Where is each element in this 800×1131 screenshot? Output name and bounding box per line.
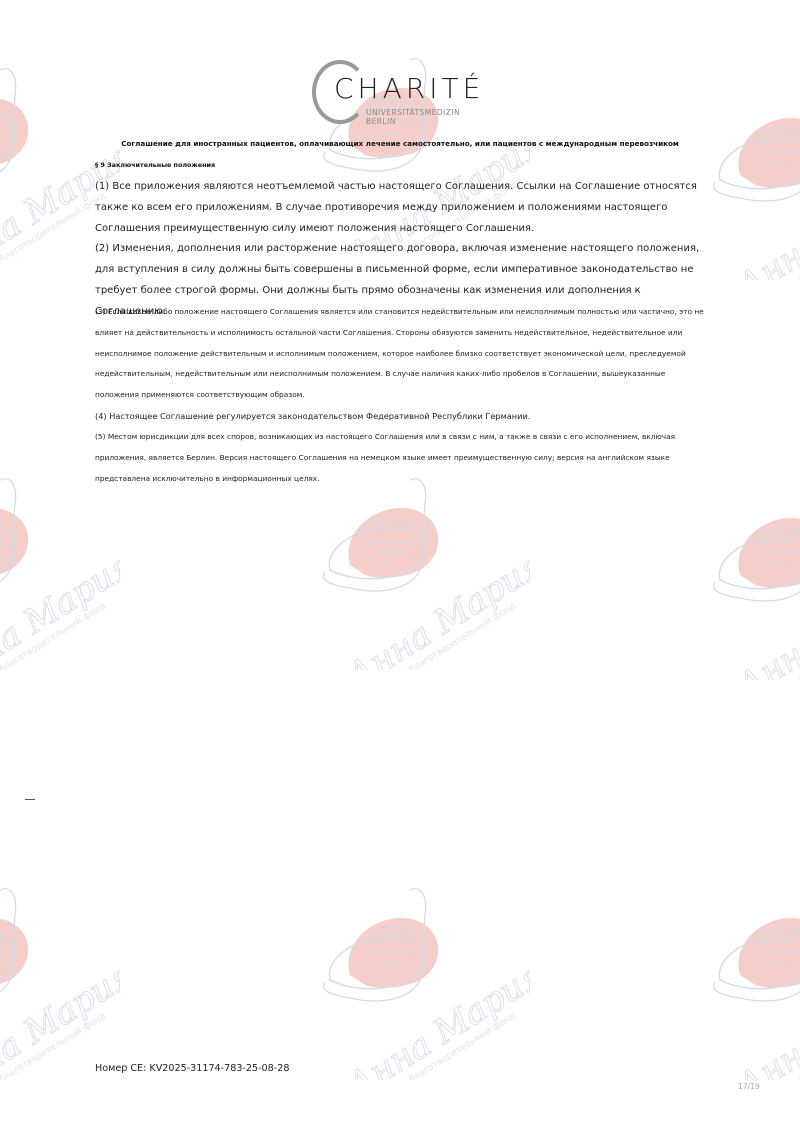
svg-text:Анна Мария: Анна Мария — [339, 954, 530, 1080]
ce-number: Номер CE: KV2025-31174-783-25-08-28 — [95, 1063, 289, 1074]
logo-subtitle: UNIVERSITÄTSMEDIZIN BERLIN — [366, 108, 492, 126]
svg-text:благотворительный фонд: благотворительный фонд — [0, 1011, 108, 1080]
svg-text:Анна Мария: Анна Мария — [339, 544, 530, 670]
svg-text:благотворительный фонд: благотворительный фонд — [0, 191, 108, 260]
document-title: Соглашение для иностранных пациентов, оп… — [0, 139, 800, 148]
svg-text:Анна Мария: Анна Мария — [729, 554, 800, 680]
svg-text:благотворительный фонд: благотворительный фонд — [408, 1011, 518, 1080]
watermark-logo: Анна Мария благотворительный фонд — [700, 480, 800, 680]
watermark-logo: Анна Мария благотворительный фонд — [700, 880, 800, 1080]
svg-text:благотворительный фонд: благотворительный фонд — [408, 601, 518, 670]
page-number: 17/19 — [738, 1082, 760, 1091]
svg-text:Анна Мария: Анна Мария — [729, 954, 800, 1080]
section-heading: § 9 Заключительные положения — [95, 161, 215, 169]
logo-wordmark: CHARITÉ — [334, 72, 484, 105]
svg-text:Анна Мария: Анна Мария — [729, 154, 800, 280]
svg-text:благотворительный фонд: благотворительный фонд — [0, 601, 108, 670]
watermark-logo: Анна Мария благотворительный фонд — [0, 470, 120, 670]
charite-logo: CHARITÉ UNIVERSITÄTSMEDIZIN BERLIN — [312, 60, 492, 126]
svg-text:Анна Мария: Анна Мария — [0, 954, 120, 1080]
svg-text:Анна Мария: Анна Мария — [0, 544, 120, 670]
watermark-logo: Анна Мария благотворительный фонд — [310, 470, 530, 670]
paragraph-3: (3) Если какое-либо положение настоящего… — [95, 302, 710, 406]
paragraph-4: (4) Настоящее Соглашение регулируется за… — [95, 406, 710, 427]
watermark-logo: Анна Мария благотворительный фонд — [310, 880, 530, 1080]
watermark-logo: Анна Мария благотворительный фонд — [700, 80, 800, 280]
margin-mark — [25, 799, 35, 800]
paragraph-5: (5) Местом юрисдикции для всех споров, в… — [95, 427, 710, 489]
paragraph-1: (1) Все приложения являются неотъемлемой… — [95, 176, 710, 239]
watermark-logo: Анна Мария благотворительный фонд — [0, 880, 120, 1080]
